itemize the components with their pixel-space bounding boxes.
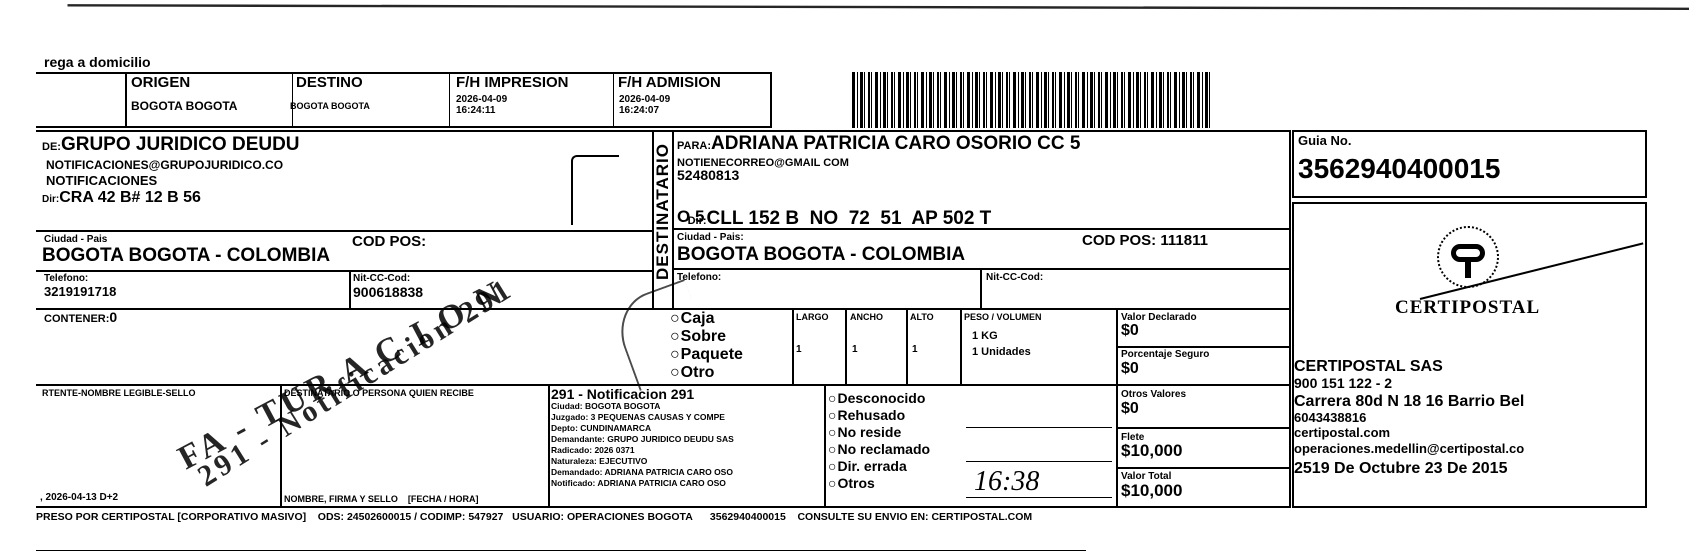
guide-number: 3562940400015 <box>1298 154 1500 184</box>
barcode <box>852 72 1210 128</box>
handwritten-time: 16:38 <box>974 468 1039 496</box>
impresion-label: F/H IMPRESION <box>456 75 569 91</box>
seguro-label: Porcentaje Seguro <box>1121 349 1209 360</box>
sender-name-row: DE:GRUPO JURIDICO DEUDU <box>42 134 300 156</box>
reason-no-reside[interactable]: No reside <box>828 424 930 441</box>
delivery-type: rega a domicilio <box>44 56 151 68</box>
recipient-ciudad-label: Ciudad - Pais: <box>677 232 744 243</box>
notification-notificado: Notificado: ADRIANA PATRICIA CARO OSO <box>551 478 734 489</box>
impresion-time: 16:24:11 <box>456 105 495 116</box>
ancho-value: 1 <box>852 344 858 355</box>
destinatario-side-label: DESTINATARIO <box>653 160 673 280</box>
recipient-address-row: Dir:CLL 152 B NO 72 51 AP 502 T <box>677 186 991 230</box>
company-phone: 6043438816 <box>1294 411 1366 425</box>
largo-label: LARGO <box>796 312 829 323</box>
admision-date: 2026-04-09 <box>619 94 670 105</box>
reason-rehusado[interactable]: Rehusado <box>828 407 930 424</box>
reason-dir-errada[interactable]: Dir. errada <box>828 458 930 475</box>
sender-address: CRA 42 B# 12 B 56 <box>59 189 201 206</box>
recipient-codpos: 111811 <box>1160 232 1208 249</box>
otros-value: $0 <box>1121 401 1139 417</box>
company-email[interactable]: operaciones.medellin@certipostal.co <box>1294 441 1524 456</box>
peso-value: 1 KG <box>972 330 998 342</box>
seguro-value: $0 <box>1121 361 1139 377</box>
remitente-label: RTENTE-NOMBRE LEGIBLE-SELLO <box>42 388 196 399</box>
para-label: PARA: <box>677 140 711 152</box>
recipient-ciudad: BOGOTA BOGOTA - COLOMBIA <box>677 245 965 265</box>
notification-juzgado: Juzgado: 3 PEQUENAS CAUSAS Y COMPE <box>551 412 734 423</box>
scan-edge-artifact <box>0 4 1689 10</box>
footer-print-info: PRESO POR CERTIPOSTAL [CORPORATIVO MASIV… <box>36 512 1032 523</box>
recipient-address-1: CLL 152 B NO 72 51 AP 502 T <box>707 208 992 229</box>
reason-desconocido[interactable]: Desconocido <box>828 390 930 407</box>
certipostal-logo-icon <box>1437 226 1499 288</box>
origen-label: ORIGEN <box>131 75 190 91</box>
recipient-doc: 52480813 <box>677 169 739 181</box>
notification-title: 291 - Notificacion 291 <box>551 387 694 401</box>
destino-value: BOGOTA BOGOTA <box>290 101 370 112</box>
total-value: $10,000 <box>1121 483 1182 499</box>
company-web[interactable]: certipostal.com <box>1294 426 1390 440</box>
recipient-address-2: O 5 <box>677 207 704 227</box>
largo-value: 1 <box>796 344 802 355</box>
notification-demandado: Demandado: ADRIANA PATRICIA CARO OSO <box>551 467 734 478</box>
sender-ciudad-label: Ciudad - Pais <box>44 234 107 245</box>
notification-naturaleza: Naturaleza: EJECUTIVO <box>551 456 734 467</box>
declarado-value: $0 <box>1121 323 1139 339</box>
alto-value: 1 <box>912 344 918 355</box>
contener-label: CONTENER: <box>44 313 109 325</box>
sender-nit-label: Nit-CC-Cod: <box>353 273 410 284</box>
notification-radicado: Radicado: 2026 0371 <box>551 445 734 456</box>
sender-name: GRUPO JURIDICO DEUDU <box>61 134 300 155</box>
otros-label: Otros Valores <box>1121 389 1186 400</box>
peso-label: PESO / VOLUMEN <box>964 312 1042 323</box>
recipient-name: ADRIANA PATRICIA CARO OSORIO CC 5 <box>711 133 1080 154</box>
unidades-value: 1 Unidades <box>972 346 1031 358</box>
recipient-nit-label: Nit-CC-Cod: <box>986 272 1043 283</box>
alto-label: ALTO <box>910 312 934 323</box>
sender-email: NOTIFICACIONES@GRUPOJURIDICO.CO <box>46 159 283 171</box>
impresion-date: 2026-04-09 <box>456 94 507 105</box>
logo-text: CERTIPOSTAL <box>1395 297 1540 319</box>
sender-address-row: Dir:CRA 42 B# 12 B 56 <box>42 189 201 207</box>
sender-telefono: 3219191718 <box>44 286 116 298</box>
sender-telefono-label: Telefono: <box>44 273 88 284</box>
reason-no-reclamado[interactable]: No reclamado <box>828 441 930 458</box>
contener-row: CONTENER:0 <box>44 311 117 325</box>
recipient-name-row: PARA:ADRIANA PATRICIA CARO OSORIO CC 5 <box>677 133 1080 155</box>
destino-label: DESTINO <box>296 75 363 91</box>
sender-ciudad: BOGOTA BOGOTA - COLOMBIA <box>42 246 330 266</box>
de-label: DE: <box>42 141 61 153</box>
admision-label: F/H ADMISION <box>618 75 721 91</box>
recipient-codpos-label: COD POS: <box>1082 232 1156 249</box>
contener-value: 0 <box>109 309 117 325</box>
bracket-mark <box>571 155 619 225</box>
recipient-codpos-row: COD POS: 111811 <box>1082 233 1208 249</box>
sender-dir-label: Dir: <box>42 194 59 205</box>
company-nit: 900 151 122 - 2 <box>1294 376 1392 391</box>
sender-nit: 900618838 <box>353 286 423 298</box>
ancho-label: ANCHO <box>850 312 883 323</box>
sender-codpos-label: COD POS: <box>352 234 426 250</box>
flete-value: $10,000 <box>1121 443 1182 459</box>
notification-demandante: Demandante: GRUPO JURIDICO DEUDU SAS <box>551 434 734 445</box>
guide-label: Guia No. <box>1298 135 1351 147</box>
company-resolution: 2519 De Octubre 23 De 2015 <box>1294 460 1507 478</box>
admision-time: 16:24:07 <box>619 105 659 116</box>
origen-value: BOGOTA BOGOTA <box>131 100 237 112</box>
remitente-date: , 2026-04-13 D+2 <box>40 492 118 503</box>
sender-line3: NOTIFICACIONES <box>46 175 157 187</box>
return-reasons: Desconocido Rehusado No reside No reclam… <box>828 390 930 492</box>
company-name: CERTIPOSTAL SAS <box>1294 358 1443 376</box>
reason-otros[interactable]: Otros <box>828 475 930 492</box>
notification-ciudad: Ciudad: BOGOTA BOGOTA <box>551 401 734 412</box>
notification-depto: Depto: CUNDINAMARCA <box>551 423 734 434</box>
company-address: Carrera 80d N 18 16 Barrio Bel <box>1294 393 1524 410</box>
destinatario-recibe-footer: NOMBRE, FIRMA Y SELLO [FECHA / HORA] <box>284 494 479 505</box>
notification-lines: Ciudad: BOGOTA BOGOTA Juzgado: 3 PEQUENA… <box>551 401 734 489</box>
